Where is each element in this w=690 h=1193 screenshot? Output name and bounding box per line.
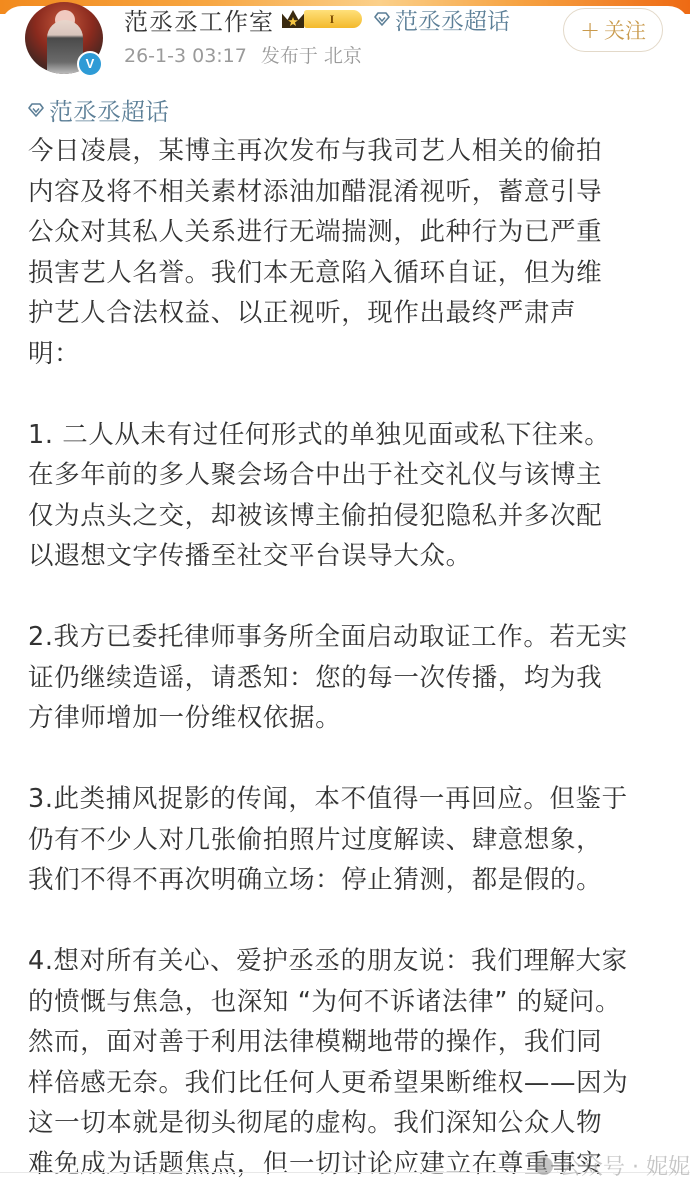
watermark-logo-icon xyxy=(535,1157,553,1175)
paragraph-point-1: 1. 二人从未有过任何形式的单独见面或私下往来。 在多年前的多人聚会场合中出于社… xyxy=(28,415,668,577)
text-line: 公众对其私人关系进行无端揣测，此种行为已严重 xyxy=(28,212,668,253)
super-topic-link[interactable]: 范丞丞超话 xyxy=(28,92,169,127)
text-line: 明： xyxy=(28,334,668,375)
text-line: 今日凌晨，某博主再次发布与我司艺人相关的偷拍 xyxy=(28,131,668,172)
follow-button[interactable]: + 关注 xyxy=(563,8,663,52)
watermark: 公众号 · 妮妮和电视 xyxy=(535,1150,690,1181)
member-level-tag: I xyxy=(304,10,362,28)
text-line: 然而，面对善于利用法律模糊地带的操作，我们同 xyxy=(28,1022,668,1063)
post-body: 今日凌晨，某博主再次发布与我司艺人相关的偷拍 内容及将不相关素材添油加醋混淆视听… xyxy=(28,131,668,1184)
diamond-icon xyxy=(28,103,44,117)
text-line: 护艺人合法权益、以正视听，现作出最终严肃声 xyxy=(28,293,668,334)
text-line: 样倍感无奈。我们比任何人更希望果断维权——因为 xyxy=(28,1063,668,1104)
paragraph-point-2: 2.我方已委托律师事务所全面启动取证工作。若无实 证仍继续造谣，请悉知：您的每一… xyxy=(28,617,668,739)
paragraph-point-4: 4.想对所有关心、爱护丞丞的朋友说：我们理解大家 的愤慨与焦急，也深知 “为何不… xyxy=(28,941,668,1184)
text-line: 2.我方已委托律师事务所全面启动取证工作。若无实 xyxy=(28,617,668,658)
member-badge[interactable]: I xyxy=(282,8,362,30)
text-line: 证仍继续造谣，请悉知：您的每一次传播，均为我 xyxy=(28,658,668,699)
post-location: 发布于 北京 xyxy=(261,45,362,67)
paragraph-intro: 今日凌晨，某博主再次发布与我司艺人相关的偷拍 内容及将不相关素材添油加醋混淆视听… xyxy=(28,131,668,374)
post-timestamp: 26-1-3 03:17 xyxy=(124,45,247,67)
text-line: 在多年前的多人聚会场合中出于社交礼仪与该博主 xyxy=(28,455,668,496)
text-line: 1. 二人从未有过任何形式的单独见面或私下往来。 xyxy=(28,415,668,456)
text-line: 3.此类捕风捉影的传闻，本不值得一再回应。但鉴于 xyxy=(28,779,668,820)
text-line: 4.想对所有关心、爱护丞丞的朋友说：我们理解大家 xyxy=(28,941,668,982)
watermark-text: 公众号 · 妮妮和电视 xyxy=(559,1150,690,1181)
text-line: 的愤慨与焦急，也深知 “为何不诉诸法律” 的疑问。 xyxy=(28,982,668,1023)
crown-icon xyxy=(282,10,304,28)
weibo-post-page: V 范丞丞工作室 I 范丞丞超话 26-1-3 03:17发布于 北京 + 关注… xyxy=(0,0,690,1193)
text-line: 这一切本就是彻头彻尾的虚构。我们深知公众人物 xyxy=(28,1103,668,1144)
paragraph-gap xyxy=(28,901,668,942)
paragraph-gap xyxy=(28,374,668,415)
paragraph-gap xyxy=(28,739,668,780)
text-line: 内容及将不相关素材添油加醋混淆视听，蓄意引导 xyxy=(28,172,668,213)
star-icon xyxy=(288,17,298,26)
text-line: 仍有不少人对几张偷拍照片过度解读、肆意想象， xyxy=(28,820,668,861)
paragraph-gap xyxy=(28,577,668,618)
author-name[interactable]: 范丞丞工作室 xyxy=(124,2,274,37)
verified-badge-icon: V xyxy=(77,51,103,77)
diamond-icon xyxy=(374,12,390,26)
text-line: 我们不得不再次明确立场：停止猜测，都是假的。 xyxy=(28,860,668,901)
header-super-topic-link[interactable]: 范丞丞超话 xyxy=(374,3,510,36)
paragraph-point-3: 3.此类捕风捉影的传闻，本不值得一再回应。但鉴于 仍有不少人对几张偷拍照片过度解… xyxy=(28,779,668,901)
post-meta: 26-1-3 03:17发布于 北京 xyxy=(124,41,362,68)
text-line: 仅为点头之交，却被该博主偷拍侵犯隐私并多次配 xyxy=(28,496,668,537)
plus-icon: + xyxy=(580,16,600,44)
text-line: 以遐想文字传播至社交平台误导大众。 xyxy=(28,536,668,577)
follow-label: 关注 xyxy=(604,15,646,45)
topic-link-label: 范丞丞超话 xyxy=(49,92,169,127)
header-topic-label: 范丞丞超话 xyxy=(395,3,510,36)
text-line: 方律师增加一份维权依据。 xyxy=(28,698,668,739)
text-line: 损害艺人名誉。我们本无意陷入循环自证，但为维 xyxy=(28,253,668,294)
author-row: 范丞丞工作室 I 范丞丞超话 xyxy=(124,3,510,35)
